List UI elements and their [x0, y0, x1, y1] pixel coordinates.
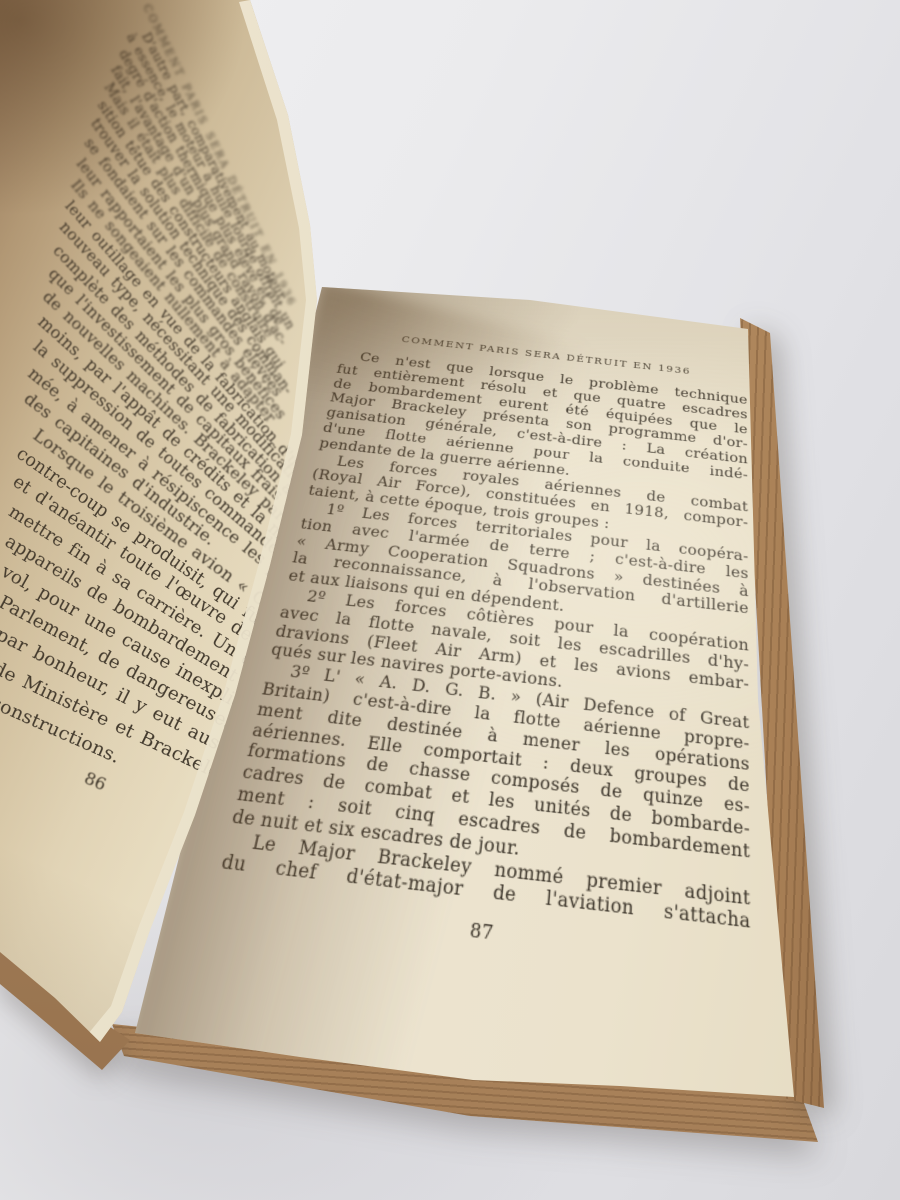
open-book-photo: COMMENT PARIS SERA DÉTRUIT EN 1936 Ce n'…: [0, 0, 900, 1200]
